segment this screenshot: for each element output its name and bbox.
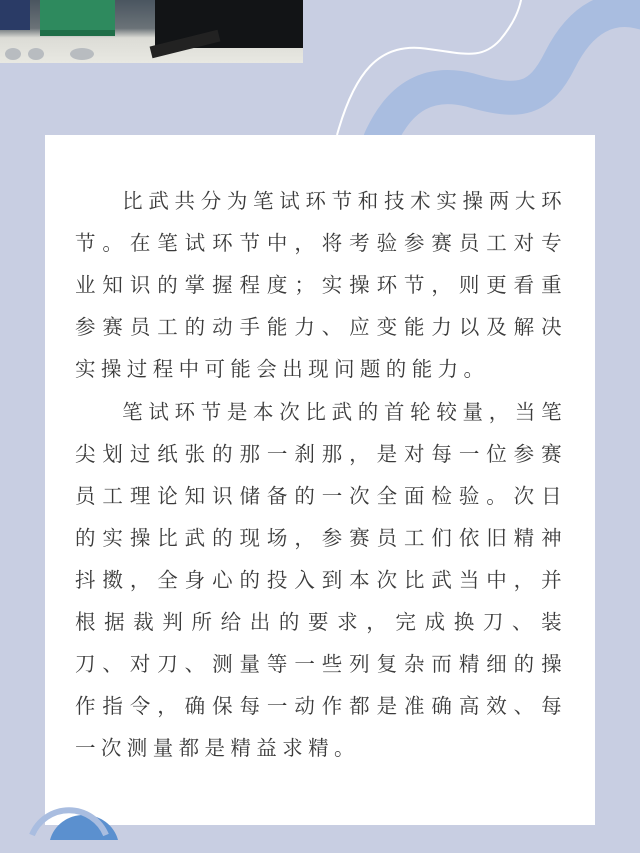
wave-band [380,10,640,140]
dome-decoration [0,780,150,853]
paragraph: 比武共分为笔试环节和技术实操两大环节。在笔试环节中，将考验参赛员工对专业知识的掌… [75,180,567,390]
dome-solid [50,815,118,840]
paragraph: 笔试环节是本次比武的首轮较量，当笔尖划过纸张的那一刹那，是对每一位参赛员工理论知… [75,391,567,769]
wave-line [337,0,522,135]
wave-decoration [0,0,640,140]
article-body: 比武共分为笔试环节和技术实操两大环节。在笔试环节中，将考验参赛员工对专业知识的掌… [75,180,567,770]
article-card: 比武共分为笔试环节和技术实操两大环节。在笔试环节中，将考验参赛员工对专业知识的掌… [45,135,595,825]
